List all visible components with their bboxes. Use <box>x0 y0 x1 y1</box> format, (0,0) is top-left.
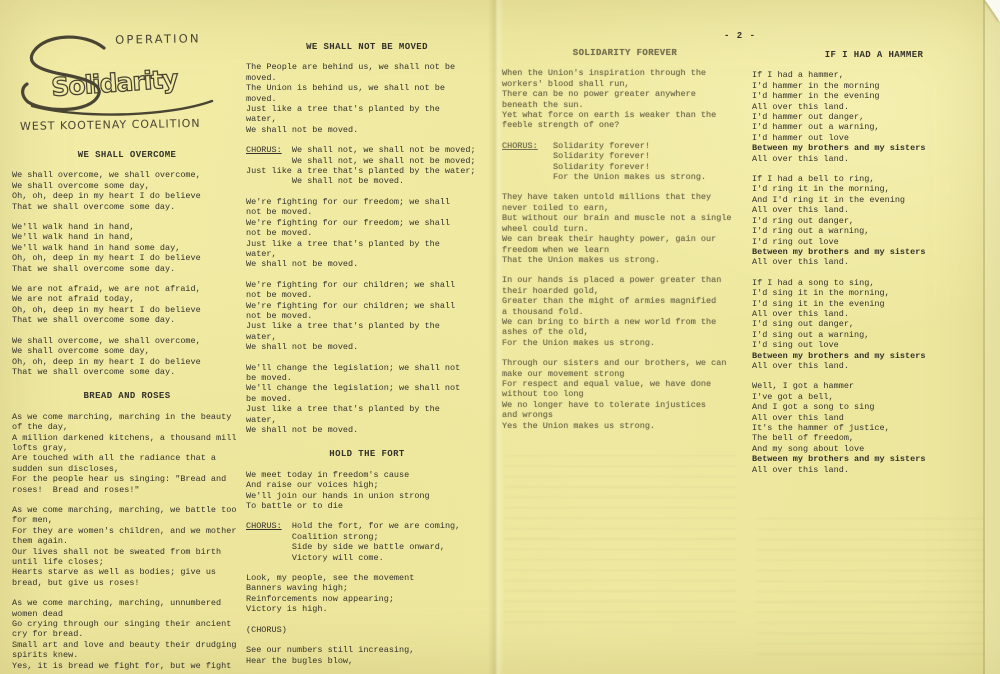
lyric-line: We no longer have to tolerate injustices <box>502 400 748 410</box>
lyric-line: never toiled to earn, <box>502 203 748 213</box>
lyric-line: We'll change the legislation; we shall n… <box>246 363 488 373</box>
lyric-line: for men, <box>12 515 242 525</box>
chorus-line: CHORUS: Hold the fort, for we are coming… <box>246 521 488 531</box>
lyric-line: That we shall overcome some day. <box>12 315 242 325</box>
operation-solidarity-logo: OPERATION Solidarity WEST KOOTENAY COALI… <box>18 24 223 136</box>
page-number: - 2 - <box>703 31 777 41</box>
chorus-line: CHORUS: We shall not, we shall not be mo… <box>246 145 488 155</box>
lyric-line: A million darkened kitchens, a thousand … <box>12 433 242 443</box>
lyric-line: We shall not be moved. <box>246 425 488 435</box>
lyric-line: water, <box>246 332 488 342</box>
lyric-line: cry for bread. <box>12 629 242 639</box>
lyric-line: For the people hear us singing: "Bread a… <box>12 474 242 484</box>
column-2: WE SHALL NOT BE MOVEDThe People are behi… <box>246 42 488 674</box>
lyric-line: We can break their haughty power, gain o… <box>502 234 748 244</box>
lyric-line: For the Union makes us strong. <box>502 172 748 182</box>
lyric-line: I'd ring out a warning, <box>752 226 996 236</box>
lyric-line: feeble strength of one? <box>502 120 748 130</box>
stanza: As we come marching, marching, we battle… <box>12 505 242 588</box>
lyric-line: For respect and equal value, we have don… <box>502 379 748 389</box>
lyric-line: Oh, oh, deep in my heart I do believe <box>12 357 242 367</box>
lyric-line: make our movement strong <box>502 369 748 379</box>
corner-fold <box>985 0 1000 22</box>
chorus-line: CHORUS: Solidarity forever! <box>502 141 748 151</box>
lyric-line: roses! Bread and roses!" <box>12 485 242 495</box>
chorus-label: CHORUS: <box>246 145 282 155</box>
lyric-line: spirits knew. <box>12 650 242 660</box>
lyric-line: Oh, oh, deep in my heart I do believe <box>12 305 242 315</box>
lyric-line: We shall not be moved. <box>246 342 488 352</box>
lyric-line: Between my brothers and my sisters <box>752 247 996 257</box>
lyric-line: Through our sisters and our brothers, we… <box>502 358 748 368</box>
stanza: We shall overcome, we shall overcome,We … <box>12 170 242 212</box>
lyric-line: It's the hammer of justice, <box>752 423 996 433</box>
lyric-line: beneath the sun. <box>502 100 748 110</box>
lyric-line: without too long <box>502 389 748 399</box>
song-title: IF I HAD A HAMMER <box>752 50 996 60</box>
lyric-line: Just like a tree that's planted by the <box>246 321 488 331</box>
lyric-line: We are not afraid, we are not afraid, <box>12 284 242 294</box>
lyric-line: women dead <box>12 609 242 619</box>
lyric-line: Hearts starve as well as bodies; give us <box>12 567 242 577</box>
stanza: (CHORUS) <box>246 625 488 635</box>
stanza: As we come marching, marching in the bea… <box>12 412 242 495</box>
song-title: SOLIDARITY FOREVER <box>502 48 748 58</box>
lyric-line: I'd sing out love <box>752 340 996 350</box>
lyric-line: I'd sing it in the evening <box>752 299 996 309</box>
lyric-line: All over this land. <box>752 361 996 371</box>
lyric-line: All over this land <box>752 413 996 423</box>
logo-coalition-text: WEST KOOTENAY COALITION <box>20 117 201 133</box>
lyric-line: To battle or to die <box>246 501 488 511</box>
lyric-line: We shall not be moved. <box>246 176 488 186</box>
lyric-line: If I had a bell to ring, <box>752 174 996 184</box>
lyric-line: All over this land. <box>752 102 996 112</box>
stanza: If I had a song to sing,I'd sing it in t… <box>752 278 996 372</box>
lyric-line: water, <box>246 415 488 425</box>
lyric-line: I'd hammer out love <box>752 133 996 143</box>
lyric-line: The bell of freedom, <box>752 433 996 443</box>
lyric-line: Are touched with all the radiance that a <box>12 453 242 463</box>
lyric-line: All over this land. <box>752 154 996 164</box>
lyric-line: moved. <box>246 73 488 83</box>
chorus-label: CHORUS: <box>502 141 538 151</box>
lyric-line: Small art and love and beauty their drud… <box>12 640 242 650</box>
lyric-line: I'd ring out danger, <box>752 216 996 226</box>
lyric-line: be moved. <box>246 373 488 383</box>
lyric-line: For the Union makes us strong. <box>502 338 748 348</box>
stanza: If I had a bell to ring,I'd ring it in t… <box>752 174 996 268</box>
lyric-line: I'd sing out a warning, <box>752 330 996 340</box>
lyric-line: I'd ring out love <box>752 237 996 247</box>
lyric-line: We shall overcome, we shall overcome, <box>12 170 242 180</box>
logo-solidarity-text: Solidarity <box>50 64 179 102</box>
lyric-line: I've got a bell, <box>752 392 996 402</box>
lyric-line: We shall not be moved. <box>246 125 488 135</box>
song-title: WE SHALL NOT BE MOVED <box>246 42 488 52</box>
lyric-line: Greater than the might of armies magnifi… <box>502 296 748 306</box>
chorus-label: CHORUS: <box>246 521 282 531</box>
lyric-line: Solidarity forever! <box>502 151 748 161</box>
lyric-line: I'd sing it in the morning, <box>752 288 996 298</box>
lyric-line: sudden sun discloses, <box>12 464 242 474</box>
lyric-line: As we come marching, marching, we battle… <box>12 505 242 515</box>
lyric-line: We are not afraid today, <box>12 294 242 304</box>
stanza: CHORUS: Hold the fort, for we are coming… <box>246 521 488 563</box>
lyric-line: lofts gray, <box>12 443 242 453</box>
lyric-line: not be moved. <box>246 228 488 238</box>
lyric-line: Banners waving high; <box>246 583 488 593</box>
lyric-line: We're fighting for our freedom; we shall <box>246 197 488 207</box>
lyric-line: All over this land. <box>752 257 996 267</box>
lyric-line: As we come marching, marching, unnumbere… <box>12 598 242 608</box>
lyric-line: ashes of the old, <box>502 327 748 337</box>
lyric-line: We're fighting for our freedom; we shall <box>246 218 488 228</box>
lyric-line: I'd sing out danger, <box>752 319 996 329</box>
stanza: We are not afraid, we are not afraid,We … <box>12 284 242 326</box>
song-title: WE SHALL OVERCOME <box>12 150 242 160</box>
lyric-line: If I had a hammer, <box>752 70 996 80</box>
lyric-line: As we come marching, marching in the bea… <box>12 412 242 422</box>
lyric-line: Just like a tree that's planted by the <box>246 239 488 249</box>
lyric-line: I'd hammer out a warning, <box>752 122 996 132</box>
lyric-line: Just like a tree that's planted by the <box>246 404 488 414</box>
lyric-line: We'll join our hands in union strong <box>246 491 488 501</box>
lyric-line: And I'd ring it in the evening <box>752 195 996 205</box>
lyric-line: not be moved. <box>246 290 488 300</box>
lyric-line: Oh, oh, deep in my heart I do believe <box>12 253 242 263</box>
lyric-line: a thousand fold. <box>502 307 748 317</box>
lyric-line: All over this land. <box>752 205 996 215</box>
lyric-line: I'd ring it in the morning, <box>752 184 996 194</box>
stanza: When the Union's inspiration through the… <box>502 68 748 130</box>
lyric-line: We're fighting for our children; we shal… <box>246 301 488 311</box>
lyric-line: Between my brothers and my sisters <box>752 143 996 153</box>
lyric-line: until life closes; <box>12 557 242 567</box>
song-title: HOLD THE FORT <box>246 449 488 459</box>
lyric-line: The Union is behind us, we shall not be <box>246 83 488 93</box>
lyric-line: For they are women's children, and we mo… <box>12 526 242 536</box>
lyric-line: Solidarity forever! <box>502 162 748 172</box>
stanza: Look, my people, see the movementBanners… <box>246 573 488 615</box>
stanza: They have taken untold millions that the… <box>502 192 748 265</box>
stanza: Well, I got a hammerI've got a bell,And … <box>752 381 996 475</box>
lyric-line: We'll walk hand in hand some day, <box>12 243 242 253</box>
stanza: In our hands is placed a power greater t… <box>502 275 748 348</box>
stanza: We shall overcome, we shall overcome,We … <box>12 336 242 378</box>
ink-bleedthrough <box>756 518 984 658</box>
lyric-line: Hear the bugles blow, <box>246 656 488 666</box>
lyric-line: When the Union's inspiration through the <box>502 68 748 78</box>
lyric-line: That we shall overcome some day. <box>12 264 242 274</box>
stanza: We're fighting for our freedom; we shall… <box>246 197 488 270</box>
lyric-line: We shall overcome some day, <box>12 181 242 191</box>
stanza: The People are behind us, we shall not b… <box>246 62 488 135</box>
stanza: As we come marching, marching, unnumbere… <box>12 598 242 671</box>
lyric-line: There can be no power greater anywhere <box>502 89 748 99</box>
lyric-line: workers' blood shall run, <box>502 79 748 89</box>
lyric-line: moved. <box>246 94 488 104</box>
lyric-line: Yes the Union makes us strong. <box>502 421 748 431</box>
lyric-line: See our numbers still increasing, <box>246 645 488 655</box>
lyric-line: We can bring to birth a new world from t… <box>502 317 748 327</box>
lyric-line: Coalition strong; <box>246 532 488 542</box>
lyric-line: bread, but give us roses! <box>12 578 242 588</box>
lyric-line: Victory will come. <box>246 553 488 563</box>
lyric-line: of the day, <box>12 422 242 432</box>
stanza: We're fighting for our children; we shal… <box>246 280 488 353</box>
lyric-line: them again. <box>12 536 242 546</box>
songsheet-page: - 2 - OPERATION Solidarity WEST KOOTENAY… <box>0 0 1000 674</box>
lyric-line: They have taken untold millions that the… <box>502 192 748 202</box>
lyric-line: We'll change the legislation; we shall n… <box>246 383 488 393</box>
lyric-line: And I got a song to sing <box>752 402 996 412</box>
column-3: SOLIDARITY FOREVERWhen the Union's inspi… <box>502 48 748 441</box>
lyric-line: The People are behind us, we shall not b… <box>246 62 488 72</box>
stanza: If I had a hammer,I'd hammer in the morn… <box>752 70 996 164</box>
lyric-line: We shall overcome, we shall overcome, <box>12 336 242 346</box>
lyric-line: Well, I got a hammer <box>752 381 996 391</box>
stanza: We'll walk hand in hand,We'll walk hand … <box>12 222 242 274</box>
lyric-line: Side by side we battle onward, <box>246 542 488 552</box>
lyric-line: We'll walk hand in hand, <box>12 232 242 242</box>
lyric-line: But without our brain and muscle not a s… <box>502 213 748 223</box>
lyric-line: That we shall overcome some day. <box>12 367 242 377</box>
lyric-line: freedom when we learn <box>502 245 748 255</box>
logo-drawing: OPERATION Solidarity WEST KOOTENAY COALI… <box>18 24 223 136</box>
stanza: See our numbers still increasing,Hear th… <box>246 645 488 666</box>
song-title: BREAD AND ROSES <box>12 391 242 401</box>
lyric-line: That the Union makes us strong. <box>502 255 748 265</box>
lyric-line: If I had a song to sing, <box>752 278 996 288</box>
stanza: We'll change the legislation; we shall n… <box>246 363 488 436</box>
lyric-line: Yet what force on earth is weaker than t… <box>502 110 748 120</box>
logo-operation-text: OPERATION <box>115 31 201 46</box>
stanza: Through our sisters and our brothers, we… <box>502 358 748 431</box>
lyric-line: Between my brothers and my sisters <box>752 351 996 361</box>
lyric-line: Just like a tree that's planted by the w… <box>246 166 488 176</box>
lyric-line: Reinforcements now appearing; <box>246 594 488 604</box>
lyric-line: I'd hammer out danger, <box>752 112 996 122</box>
lyric-line: (CHORUS) <box>246 625 488 635</box>
lyric-line: Just like a tree that's planted by the <box>246 104 488 114</box>
lyric-line: We're fighting for our children; we shal… <box>246 280 488 290</box>
lyric-line: In our hands is placed a power greater t… <box>502 275 748 285</box>
lyric-line: water, <box>246 114 488 124</box>
lyric-line: Go crying through our singing their anci… <box>12 619 242 629</box>
lyric-line: All over this land. <box>752 465 996 475</box>
lyric-line: Yes, it is bread we fight for, but we fi… <box>12 661 242 671</box>
stanza: CHORUS: We shall not, we shall not be mo… <box>246 145 488 187</box>
lyric-line: All over this land. <box>752 309 996 319</box>
ink-bleedthrough <box>505 455 737 623</box>
lyric-line: We meet today in freedom's cause <box>246 470 488 480</box>
lyric-line: We shall not be moved. <box>246 259 488 269</box>
lyric-line: We'll walk hand in hand, <box>12 222 242 232</box>
lyric-line: Between my brothers and my sisters <box>752 454 996 464</box>
lyric-line: Oh, oh, deep in my heart I do believe <box>12 191 242 201</box>
lyric-line: and wrongs <box>502 410 748 420</box>
column-4: IF I HAD A HAMMERIf I had a hammer,I'd h… <box>752 50 996 485</box>
lyric-line: And raise our voices high; <box>246 480 488 490</box>
lyric-line: Victory is high. <box>246 604 488 614</box>
lyric-line: That we shall overcome some day. <box>12 202 242 212</box>
column-1: OPERATION Solidarity WEST KOOTENAY COALI… <box>12 22 242 674</box>
logo-underline-swash <box>32 101 212 115</box>
lyric-line: We shall overcome some day, <box>12 346 242 356</box>
lyric-line: We shall not, we shall not be moved; <box>246 156 488 166</box>
stanza: CHORUS: Solidarity forever! Solidarity f… <box>502 141 748 183</box>
lyric-line: I'd hammer in the evening <box>752 91 996 101</box>
stanza: We meet today in freedom's causeAnd rais… <box>246 470 488 512</box>
lyric-line: Look, my people, see the movement <box>246 573 488 583</box>
lyric-line: not be moved. <box>246 207 488 217</box>
lyric-line: I'd hammer in the morning <box>752 81 996 91</box>
lyric-line: their hoarded gold, <box>502 286 748 296</box>
lyric-line: And my song about love <box>752 444 996 454</box>
lyric-line: water, <box>246 249 488 259</box>
lyric-line: not be moved. <box>246 311 488 321</box>
lyric-line: wheel could turn. <box>502 224 748 234</box>
lyric-line: Our lives shall not be sweated from birt… <box>12 547 242 557</box>
lyric-line: be moved. <box>246 394 488 404</box>
